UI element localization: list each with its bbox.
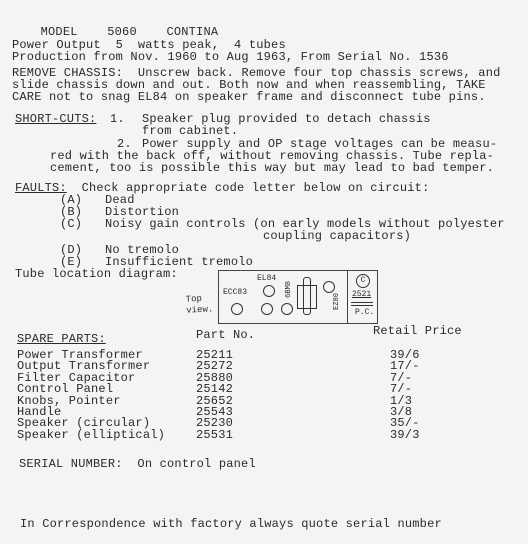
- remove-chassis-line-3: CARE not to snag EL84 on speaker frame a…: [12, 91, 486, 103]
- tube-socket-icon: [281, 303, 293, 315]
- part-name: Speaker (elliptical): [17, 429, 165, 441]
- part-number: 25531: [196, 429, 233, 441]
- short-cut-2-line-3: cement, too is possible this way but may…: [50, 162, 494, 174]
- tube-socket-icon: [231, 303, 243, 315]
- model-number: 5060: [107, 25, 137, 39]
- model-label: MODEL: [41, 25, 78, 39]
- tube-socket-icon: [323, 281, 335, 293]
- serial-number-line: SERIAL NUMBER: On control panel: [19, 458, 256, 470]
- tube-label-el84: EL84: [257, 275, 276, 283]
- fault-code: (C): [60, 218, 82, 230]
- tube-location-diagram: ECC83 EL84 6BM8 EZ80 C 2521 P.C.: [218, 270, 378, 324]
- short-cut-1-line-2: from cabinet.: [142, 125, 238, 137]
- pc-board-box: C 2521 P.C.: [347, 271, 377, 323]
- service-sheet: MODEL 5060 CONTINA Power Output 5 watts …: [0, 0, 528, 544]
- short-cut-1-number: 1.: [110, 113, 125, 125]
- divider: [351, 302, 373, 303]
- short-cuts-heading: SHORT-CUTS:: [15, 113, 96, 125]
- spare-parts-heading: SPARE PARTS:: [17, 333, 106, 345]
- pc-label: P.C.: [355, 309, 374, 317]
- serial-number-value: On control panel: [123, 457, 256, 471]
- pc-code: 2521: [352, 291, 371, 299]
- rectifier-tube-icon: [303, 277, 311, 315]
- tube-label-ez80: EZ80: [333, 293, 341, 310]
- tube-diagram-label: Tube location diagram:: [15, 268, 178, 280]
- part-no-column-header: Part No.: [196, 329, 255, 341]
- part-price: 39/3: [390, 429, 420, 441]
- tube-socket-icon: [261, 303, 273, 315]
- model-name: CONTINA: [166, 25, 218, 39]
- production-range: Production from Nov. 1960 to Aug 1963, F…: [12, 51, 449, 63]
- copyright-icon: C: [356, 274, 370, 288]
- top-view-label: Top view.: [185, 293, 213, 316]
- fault-text-continued: coupling capacitors): [263, 230, 411, 242]
- footer-note: In Correspondence with factory always qu…: [20, 518, 442, 530]
- divider: [351, 305, 373, 306]
- tube-label-6bm8: 6BM8: [285, 281, 293, 298]
- tube-socket-icon: [263, 285, 275, 297]
- retail-price-column-header: Retail Price: [373, 325, 462, 337]
- tube-label-ecc83: ECC83: [223, 289, 247, 297]
- serial-number-label: SERIAL NUMBER:: [19, 457, 123, 471]
